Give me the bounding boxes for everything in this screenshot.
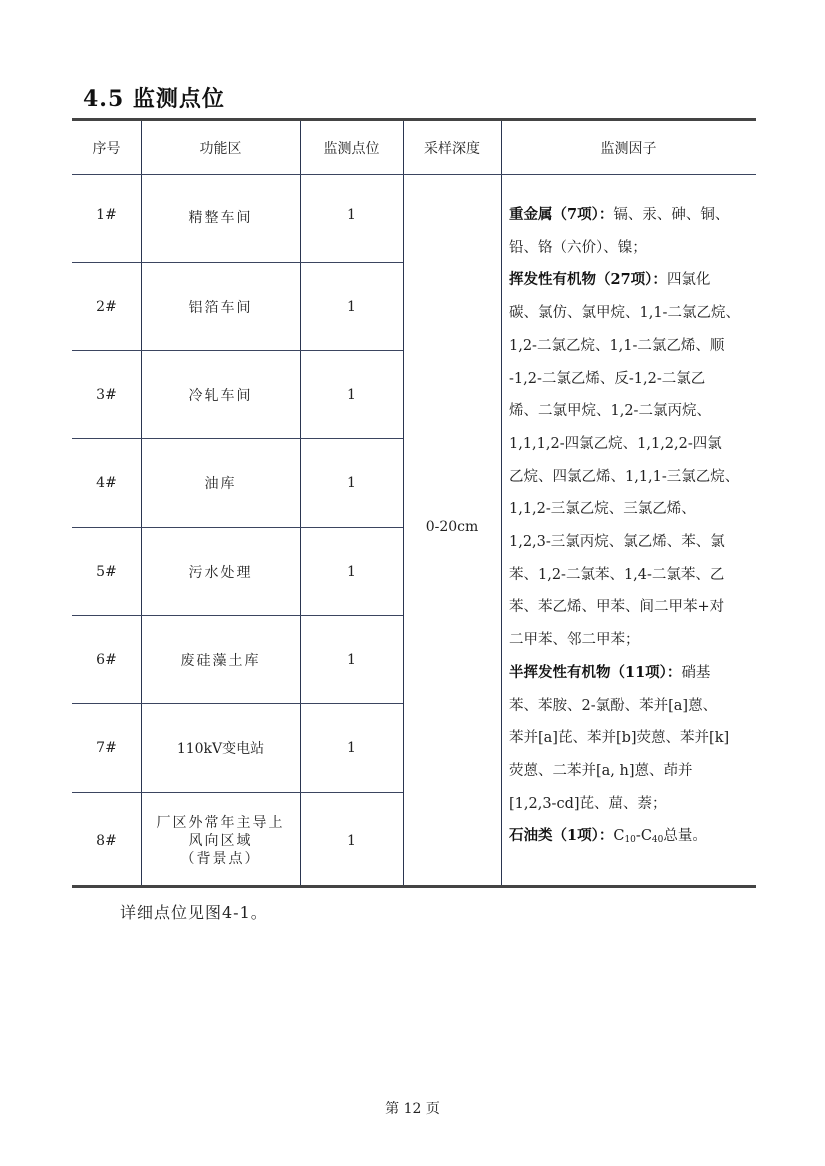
factor-heavy-metals-label: 重金属（7项）： [509,206,613,223]
row-1-area: 精整车间 [141,175,300,262]
row-8-area-line-3: （背景点） [181,850,261,868]
factor-vocs-line-1: 挥发性有机物（27项）：四氯化 [509,264,759,297]
row-8-no: 8# [72,793,141,888]
factor-vocs-line: 1,2-二氯乙烷、1,1-二氯乙烯、顺 [509,330,759,363]
monitoring-factors: 重金属（7项）：镉、汞、砷、铜、 铅、铬（六价）、镍； 挥发性有机物（27项）：… [509,199,759,857]
row-6-no: 6# [72,616,141,703]
row-3-no: 3# [72,351,141,438]
row-1-no: 1# [72,175,141,262]
factor-vocs-line: 苯、苯乙烯、甲苯、间二甲苯+对 [509,591,759,624]
factor-vocs-label: 挥发性有机物（27项）： [509,271,667,288]
factor-petroleum-label: 石油类（1项）： [509,827,613,844]
row-5-points: 1 [300,528,403,615]
header-depth: 采样深度 [403,121,501,174]
factor-svocs-line: 荧蒽、二苯并[a, h]蒽、茚并 [509,755,759,788]
factor-vocs-line: 烯、二氯甲烷、1,2-二氯丙烷、 [509,395,759,428]
figure-reference-note: 详细点位见图4-1。 [120,900,268,923]
factor-vocs-line: 1,1,1,2-四氯乙烷、1,1,2,2-四氯 [509,428,759,461]
factor-vocs-line: 乙烷、四氯乙烯、1,1,1-三氯乙烷、 [509,461,759,494]
row-6-area: 废硅藻土库 [141,616,300,703]
row-8-area-line-1: 厂区外常年主导上 [157,814,285,832]
factor-svocs-line: 苯并[a]芘、苯并[b]荧蒽、苯并[k] [509,722,759,755]
row-7-points: 1 [300,704,403,792]
row-5-no: 5# [72,528,141,615]
factor-vocs-line: -1,2-二氯乙烯、反-1,2-二氯乙 [509,363,759,396]
factor-vocs-line: 1,2,3-三氯丙烷、氯乙烯、苯、氯 [509,526,759,559]
header-points: 监测点位 [300,121,403,174]
row-7-no: 7# [72,704,141,792]
row-2-no: 2# [72,263,141,350]
row-5-area: 污水处理 [141,528,300,615]
monitoring-points-table: 序号 功能区 监测点位 采样深度 监测因子 1# 精整车间 1 2# 铝箔车间 … [72,118,756,888]
row-7-area: 110kV变电站 [141,704,300,792]
row-4-points: 1 [300,439,403,527]
page-number: 第 12 页 [0,1098,825,1118]
factor-svocs-label: 半挥发性有机物（11项）： [509,664,681,681]
row-8-area-line-2: 风向区域 [189,832,253,850]
factor-svocs-line: [1,2,3-cd]芘、䓛、萘； [509,788,759,821]
row-3-area: 冷轧车间 [141,351,300,438]
row-2-area: 铝箔车间 [141,263,300,350]
factor-heavy-metals-line-2: 铅、铬（六价）、镍； [509,232,759,265]
section-title: 4.5 监测点位 [83,82,225,113]
header-area: 功能区 [141,121,300,174]
factor-svocs-line: 苯、苯胺、2-氯酚、苯并[a]蒽、 [509,690,759,723]
row-4-area: 油库 [141,439,300,527]
row-8-points: 1 [300,793,403,888]
factor-petroleum-line: 石油类（1项）：C10-C40总量。 [509,820,759,857]
row-6-points: 1 [300,616,403,703]
row-3-points: 1 [300,351,403,438]
factor-vocs-line: 1,1,2-三氯乙烷、三氯乙烯、 [509,493,759,526]
header-factors: 监测因子 [501,121,756,174]
header-no: 序号 [72,121,141,174]
col-divider-4 [501,121,502,885]
row-4-no: 4# [72,439,141,527]
factor-svocs-line-1: 半挥发性有机物（11项）：硝基 [509,657,759,690]
factor-heavy-metals-line-1: 重金属（7项）：镉、汞、砷、铜、 [509,199,759,232]
row-1-points: 1 [300,175,403,262]
factor-vocs-line: 苯、1,2-二氯苯、1,4-二氯苯、乙 [509,559,759,592]
row-2-points: 1 [300,263,403,350]
factor-vocs-line: 二甲苯、邻二甲苯； [509,624,759,657]
row-8-area: 厂区外常年主导上 风向区域 （背景点） [141,793,300,888]
factor-vocs-line: 碳、氯仿、氯甲烷、1,1-二氯乙烷、 [509,297,759,330]
sampling-depth: 0-20cm [403,175,501,888]
